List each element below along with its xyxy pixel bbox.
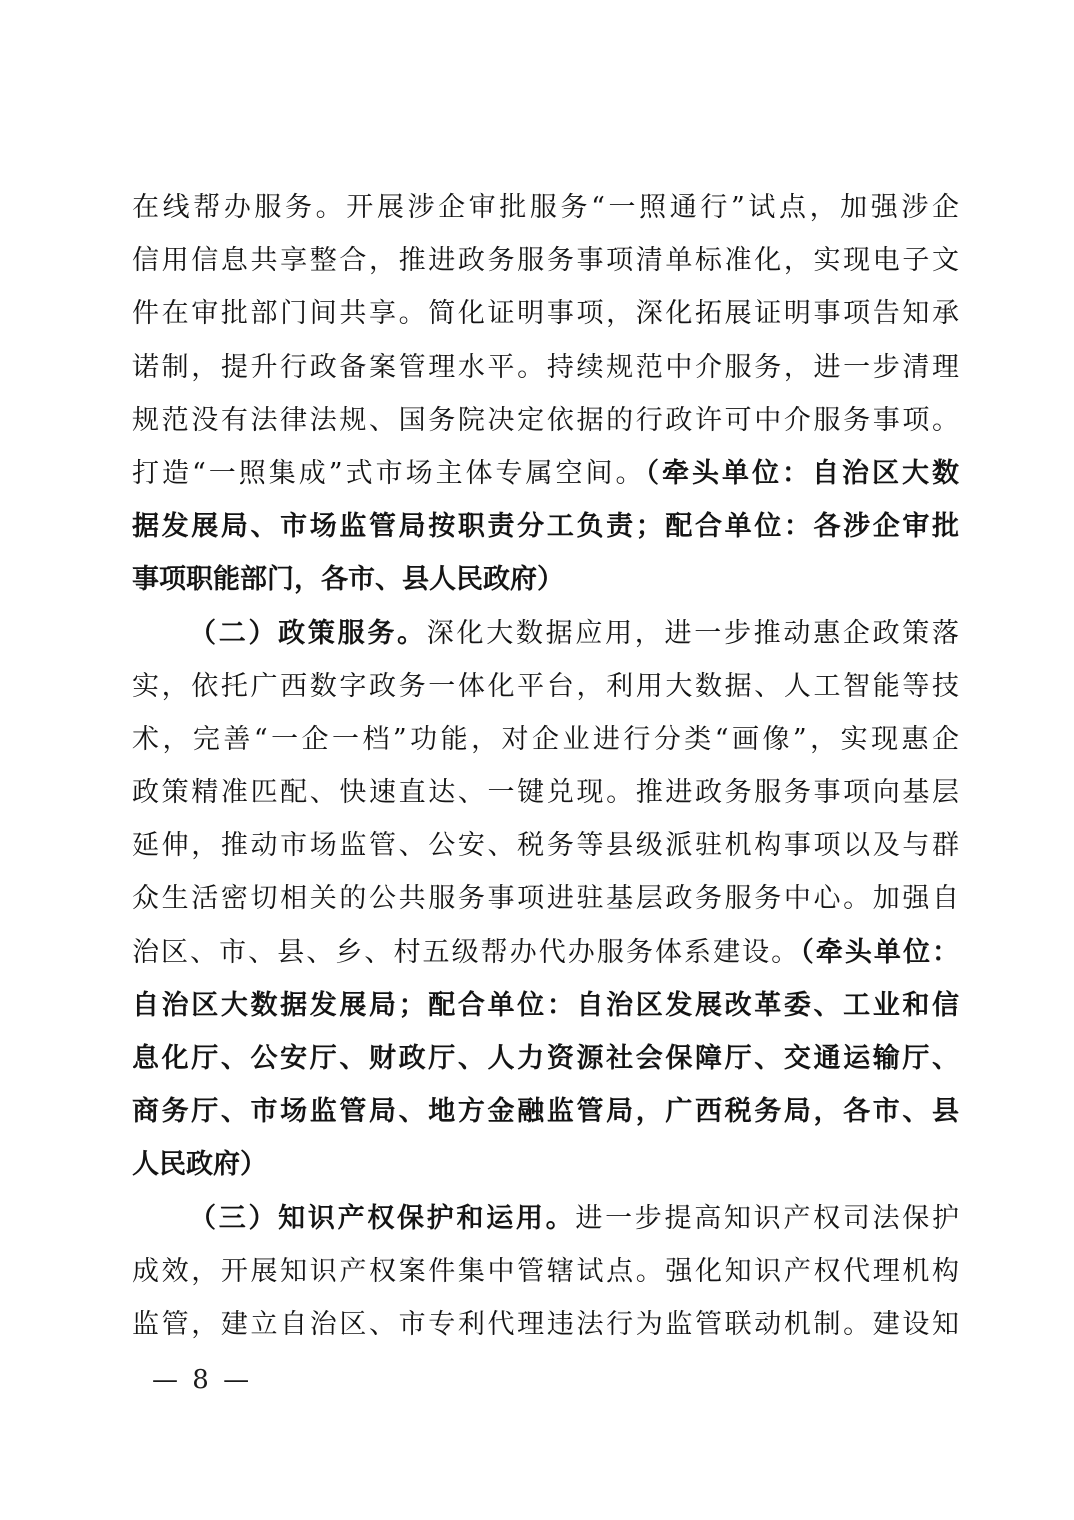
line-text: 治区、市、县、乡、村五级帮办代办服务体系建设。 <box>132 937 800 968</box>
line-text: 在线帮办服务。开展涉企审批服务“一照通行”试点，加强涉企 <box>132 192 959 223</box>
text-line: 治区、市、县、乡、村五级帮办代办服务体系建设。（牵头单位： <box>132 926 959 979</box>
responsible-units-text: 事项职能部门，各市、县人民政府） <box>132 564 564 595</box>
line-text: 件在审批部门间共享。简化证明事项，深化拓展证明事项告知承 <box>132 298 959 329</box>
text-line: （二）政策服务。深化大数据应用，进一步推动惠企政策落 <box>132 607 959 660</box>
text-line: 据发展局、市场监管局按职责分工负责；配合单位：各涉企审批 <box>132 500 959 553</box>
text-line: （三）知识产权保护和运用。进一步提高知识产权司法保护 <box>132 1192 959 1245</box>
text-line: 自治区大数据发展局；配合单位：自治区发展改革委、工业和信 <box>132 979 959 1032</box>
text-line: 商务厅、市场监管局、地方金融监管局，广西税务局，各市、县 <box>132 1085 959 1138</box>
section-heading: （三）知识产权保护和运用。 <box>189 1203 575 1234</box>
text-line: 成效，开展知识产权案件集中管辖试点。强化知识产权代理机构 <box>132 1245 959 1298</box>
text-line: 事项职能部门，各市、县人民政府） <box>132 553 959 606</box>
text-line: 术，完善“一企一档”功能，对企业进行分类“画像”，实现惠企 <box>132 713 959 766</box>
text-line: 政策精准匹配、快速直达、一键兑现。推进政务服务事项向基层 <box>132 766 959 819</box>
responsible-units-text: （牵头单位： <box>800 937 959 968</box>
line-text: 众生活密切相关的公共服务事项进驻基层政务服务中心。加强自 <box>132 883 959 914</box>
line-text: 深化大数据应用，进一步推动惠企政策落 <box>427 618 959 649</box>
responsible-units-text: 人民政府） <box>132 1149 267 1180</box>
text-line: 息化厅、公安厅、财政厅、人力资源社会保障厅、交通运输厅、 <box>132 1032 959 1085</box>
responsible-units-text: 自治区大数据发展局；配合单位：自治区发展改革委、工业和信 <box>132 990 959 1021</box>
line-text: 实，依托广西数字政务一体化平台，利用大数据、人工智能等技 <box>132 671 959 702</box>
line-text: 规范没有法律法规、国务院决定依据的行政许可中介服务事项。 <box>132 405 959 436</box>
line-text: 打造“一照集成”式市场主体专属空间。 <box>132 458 646 489</box>
text-line: 在线帮办服务。开展涉企审批服务“一照通行”试点，加强涉企 <box>132 181 959 234</box>
text-line: 诺制，提升行政备案管理水平。持续规范中介服务，进一步清理 <box>132 341 959 394</box>
responsible-units-text: （牵头单位：自治区大数 <box>646 458 959 489</box>
text-line: 打造“一照集成”式市场主体专属空间。（牵头单位：自治区大数 <box>132 447 959 500</box>
document-body: 在线帮办服务。开展涉企审批服务“一照通行”试点，加强涉企 信用信息共享整合，推进… <box>132 181 959 1351</box>
text-line: 规范没有法律法规、国务院决定依据的行政许可中介服务事项。 <box>132 394 959 447</box>
line-text: 信用信息共享整合，推进政务服务事项清单标准化，实现电子文 <box>132 245 959 276</box>
responsible-units-text: 商务厅、市场监管局、地方金融监管局，广西税务局，各市、县 <box>132 1096 959 1127</box>
responsible-units-text: 息化厅、公安厅、财政厅、人力资源社会保障厅、交通运输厅、 <box>132 1043 959 1074</box>
text-line: 延伸，推动市场监管、公安、税务等县级派驻机构事项以及与群 <box>132 819 959 872</box>
line-text: 进一步提高知识产权司法保护 <box>575 1203 959 1234</box>
line-text: 延伸，推动市场监管、公安、税务等县级派驻机构事项以及与群 <box>132 830 959 861</box>
line-text: 政策精准匹配、快速直达、一键兑现。推进政务服务事项向基层 <box>132 777 959 808</box>
text-line: 监管，建立自治区、市专利代理违法行为监管联动机制。建设知 <box>132 1298 959 1351</box>
text-line: 件在审批部门间共享。简化证明事项，深化拓展证明事项告知承 <box>132 287 959 340</box>
line-text: 诺制，提升行政备案管理水平。持续规范中介服务，进一步清理 <box>132 352 959 383</box>
text-line: 众生活密切相关的公共服务事项进驻基层政务服务中心。加强自 <box>132 872 959 925</box>
page-number: — 8 — <box>152 1363 252 1397</box>
line-text: 监管，建立自治区、市专利代理违法行为监管联动机制。建设知 <box>132 1309 959 1340</box>
line-text: 术，完善“一企一档”功能，对企业进行分类“画像”，实现惠企 <box>132 724 959 755</box>
section-heading: （二）政策服务。 <box>189 618 427 649</box>
text-line: 实，依托广西数字政务一体化平台，利用大数据、人工智能等技 <box>132 660 959 713</box>
line-text: 成效，开展知识产权案件集中管辖试点。强化知识产权代理机构 <box>132 1256 959 1287</box>
text-line: 信用信息共享整合，推进政务服务事项清单标准化，实现电子文 <box>132 234 959 287</box>
text-line: 人民政府） <box>132 1138 959 1191</box>
responsible-units-text: 据发展局、市场监管局按职责分工负责；配合单位：各涉企审批 <box>132 511 959 542</box>
